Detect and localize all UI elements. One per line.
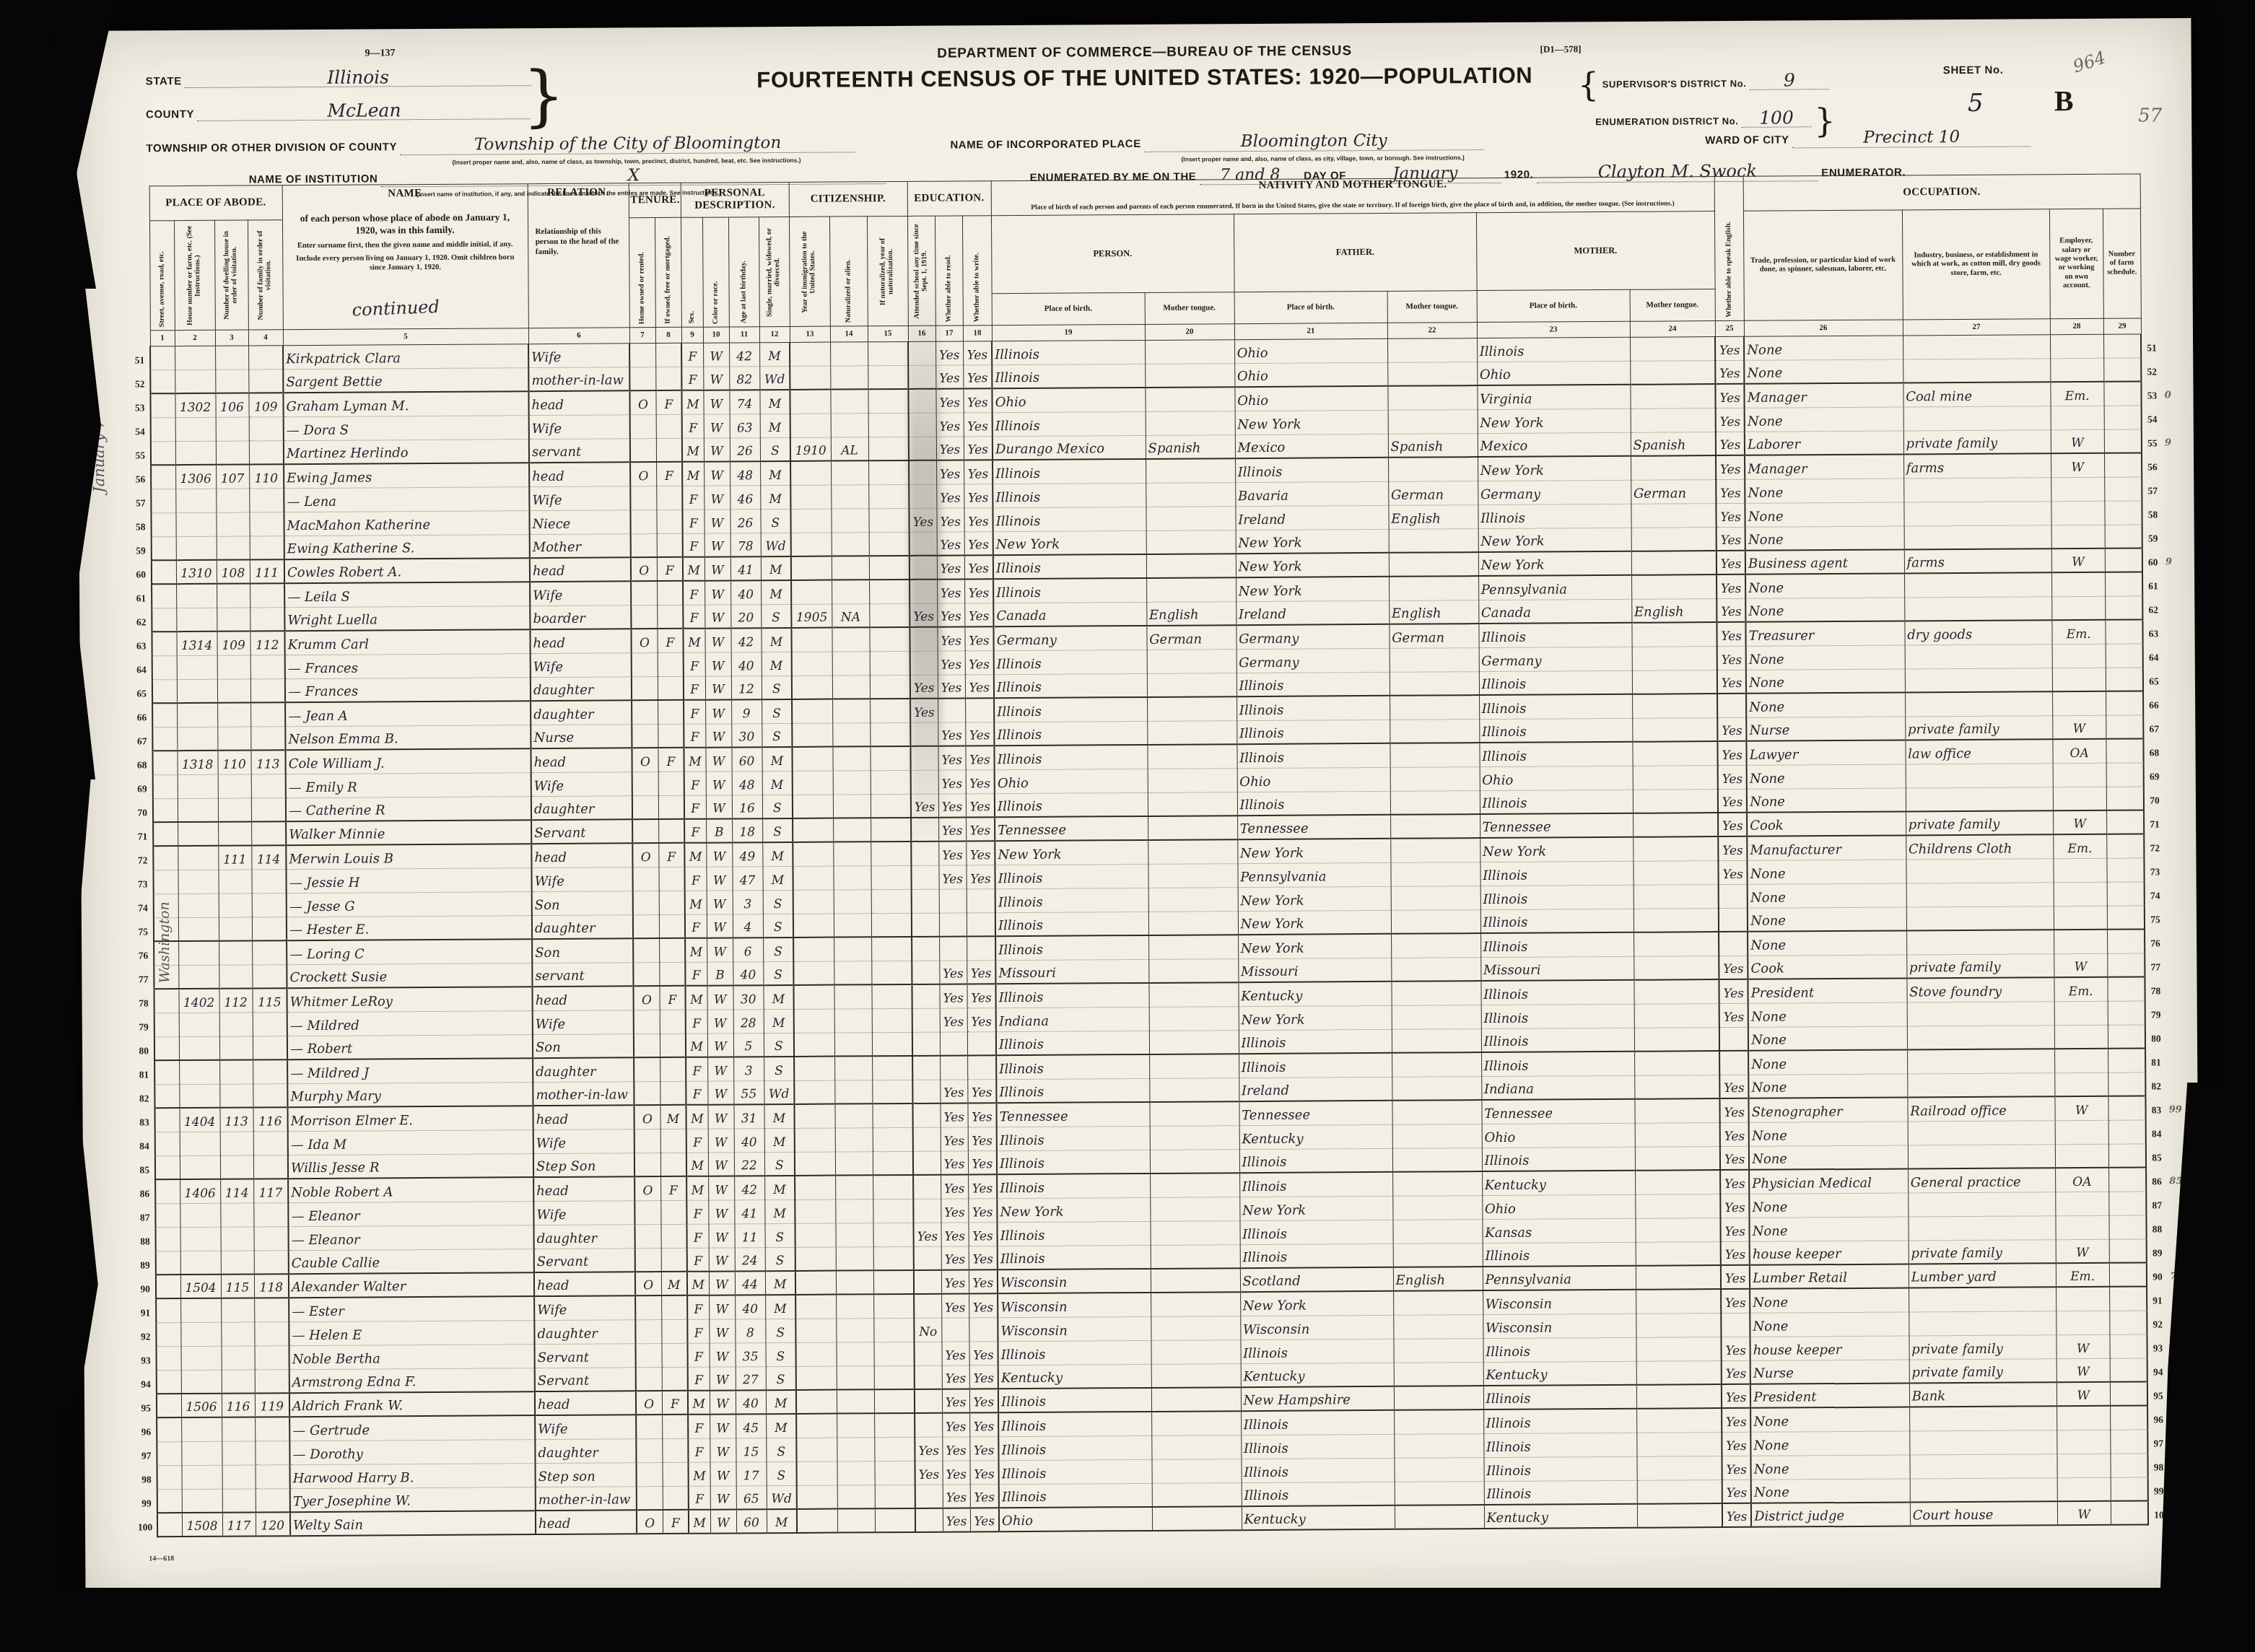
- cell-family-number: [254, 1322, 289, 1346]
- col-street: Street, avenue, road, etc.: [149, 221, 175, 331]
- line-number-right: 71: [2144, 810, 2165, 834]
- cell-mother-mother-tongue: [1630, 384, 1715, 408]
- cell-naturalized: [833, 818, 871, 842]
- cell-house-number: [177, 703, 217, 727]
- cell-house-number: 1310: [176, 560, 217, 584]
- cell-farm-schedule: [2106, 620, 2143, 644]
- cell-naturalized: [833, 795, 871, 818]
- cell-person-mother-tongue: [1151, 1340, 1241, 1365]
- cell-family-number: 117: [253, 1179, 288, 1203]
- cell-family-number: [253, 1036, 287, 1060]
- cell-relation: daughter: [531, 796, 632, 821]
- line-number-right: 65: [2143, 668, 2165, 691]
- cell-street: [153, 847, 178, 870]
- cell-sex: F: [688, 1343, 710, 1367]
- cell-relation: Nurse: [531, 725, 632, 749]
- cell-naturalized: [836, 1247, 873, 1271]
- cell-sex: F: [681, 343, 703, 367]
- cell-mother-mother-tongue: [1634, 979, 1719, 1004]
- cell-naturalization-year: [870, 651, 910, 675]
- cell-street: [157, 1417, 181, 1441]
- cell-trade: None: [1748, 883, 1906, 908]
- cell-house-number: [181, 1441, 222, 1465]
- cell-street: [156, 1227, 180, 1251]
- cell-naturalized: [834, 985, 872, 1009]
- cell-house-number: [178, 893, 219, 917]
- cell-color-race: W: [710, 1343, 736, 1367]
- cell-attended-school: [912, 1032, 940, 1056]
- cell-able-to-read: Yes: [938, 722, 965, 746]
- cell-age: 55: [733, 1081, 764, 1105]
- cell-able-to-read: Yes: [937, 580, 964, 603]
- cell-relation: servant: [529, 439, 630, 463]
- cell-person-birthplace: Illinois: [999, 1459, 1152, 1484]
- cell-industry: dry goods: [1905, 621, 2052, 645]
- cell-father-mother-tongue: German: [1388, 481, 1478, 505]
- cell-industry: [1909, 1407, 2056, 1431]
- cell-free-mortgaged: [658, 819, 684, 843]
- cell-relation: head: [529, 463, 630, 487]
- cell-mother-birthplace: Illinois: [1481, 1004, 1634, 1028]
- cell-person-mother-tongue: [1150, 1102, 1239, 1127]
- cell-family-number: 109: [248, 393, 283, 417]
- cell-home-owned: [636, 1415, 662, 1438]
- cell-speaks-english: Yes: [1720, 1122, 1749, 1146]
- cell-relation: head: [533, 1106, 634, 1130]
- cell-sex: F: [684, 652, 705, 676]
- cell-mother-birthplace: Mexico: [1478, 432, 1631, 457]
- cell-name: — Leila S: [284, 582, 530, 608]
- cell-home-owned: [632, 819, 658, 843]
- cell-mother-birthplace: Pennsylvania: [1478, 575, 1631, 600]
- line-number-left: 68: [131, 751, 152, 775]
- cell-mother-mother-tongue: [1634, 908, 1719, 932]
- cell-person-birthplace: Durango Mexico: [993, 435, 1146, 460]
- cell-relation: mother-in-law: [528, 367, 629, 392]
- cell-father-mother-tongue: [1392, 1100, 1482, 1124]
- cell-trade: Business agent: [1745, 550, 1904, 574]
- cell-farm-schedule: [2103, 334, 2141, 358]
- pencil-margin-note: [2165, 810, 2191, 834]
- cell-able-to-write: Yes: [966, 746, 995, 770]
- cell-age: 20: [730, 605, 761, 629]
- cell-able-to-write: [967, 889, 995, 913]
- cell-street: [152, 704, 177, 727]
- cell-sex: F: [688, 1415, 710, 1438]
- column-number: 2: [175, 330, 215, 346]
- cell-free-mortgaged: [660, 1200, 686, 1224]
- cell-industry: [1910, 1478, 2057, 1503]
- cell-age: 12: [731, 676, 762, 700]
- cell-person-mother-tongue: [1151, 1245, 1240, 1269]
- cell-able-to-write: Yes: [969, 1413, 998, 1437]
- pencil-margin-note: [2167, 1048, 2193, 1072]
- cell-mother-birthplace: Ohio: [1482, 1123, 1635, 1148]
- cell-father-mother-tongue: [1391, 886, 1480, 910]
- cell-person-mother-tongue: [1148, 935, 1238, 960]
- cell-employer: [2051, 477, 2104, 501]
- trade-label: Trade, profession, or particular kind of…: [1748, 256, 1898, 275]
- cell-house-number: 1504: [180, 1275, 221, 1298]
- cell-age: 40: [734, 1129, 764, 1153]
- dwelling-number-label: Number of dwelling house in order of vis…: [223, 224, 239, 326]
- cell-home-owned: [630, 414, 656, 438]
- cell-house-number: 1318: [177, 751, 217, 774]
- cell-family-number: [254, 1298, 289, 1322]
- cell-mother-birthplace: Illinois: [1481, 1028, 1634, 1052]
- cell-employer: [2056, 1430, 2110, 1454]
- cell-family-number: [252, 917, 287, 941]
- cell-age: 40: [735, 1295, 765, 1319]
- cell-attended-school: [915, 1485, 943, 1508]
- cell-relation: head: [532, 987, 633, 1011]
- cell-able-to-read: Yes: [941, 1175, 968, 1199]
- cell-house-number: 1314: [176, 631, 217, 655]
- cell-home-owned: [636, 1343, 662, 1367]
- cell-mother-birthplace: Wisconsin: [1483, 1290, 1636, 1314]
- cell-father-birthplace: Illinois: [1240, 1244, 1393, 1268]
- cell-family-number: [248, 370, 283, 393]
- cell-relation: head: [530, 558, 631, 582]
- line-number-right: 74: [2145, 882, 2166, 906]
- cell-sex: F: [686, 1010, 707, 1033]
- cell-family-number: [254, 1251, 289, 1275]
- cell-marital-status: S: [760, 509, 790, 533]
- column-number: 3: [215, 330, 248, 346]
- cell-mother-mother-tongue: [1631, 574, 1717, 599]
- cell-naturalized: [831, 485, 868, 509]
- cell-marital-status: S: [760, 437, 790, 461]
- col-attended-school: Attended school any time since Sept. 1, …: [907, 216, 935, 325]
- cell-sex: F: [686, 1200, 708, 1224]
- cell-naturalization-year: [868, 413, 909, 437]
- cell-relation: Wife: [533, 1010, 634, 1035]
- cell-person-mother-tongue: [1147, 721, 1236, 746]
- cell-relation: Wife: [531, 653, 632, 678]
- col-industry: Industry, business, or establishment in …: [1902, 209, 2050, 320]
- cell-relation: head: [534, 1272, 635, 1297]
- cell-industry: [1909, 1288, 2056, 1312]
- cell-trade: None: [1749, 1122, 1908, 1146]
- cell-father-birthplace: Scotland: [1240, 1267, 1393, 1292]
- column-number: 11: [729, 327, 759, 343]
- cell-dwelling-number: 109: [217, 631, 250, 655]
- cell-speaks-english: Yes: [1719, 860, 1748, 884]
- cell-dwelling-number: [222, 1417, 255, 1441]
- cell-age: 40: [731, 652, 762, 676]
- cell-father-mother-tongue: [1389, 552, 1478, 577]
- incorporated-place-value: Bloomington City: [1144, 131, 1483, 152]
- line-number-right: 84: [2146, 1120, 2168, 1144]
- col-speak-english: Whether able to speak English.: [1714, 176, 1744, 320]
- cell-immigration-year: [793, 938, 834, 961]
- cell-sex: F: [684, 676, 705, 700]
- cell-age: 8: [735, 1319, 765, 1343]
- cell-father-mother-tongue: German: [1390, 624, 1479, 648]
- cell-age: 45: [736, 1415, 766, 1438]
- cell-sex: F: [682, 510, 704, 533]
- cell-color-race: W: [704, 414, 730, 438]
- cell-name: — Helen E: [289, 1320, 534, 1345]
- cell-color-race: W: [710, 1486, 736, 1510]
- cell-street: [152, 656, 177, 680]
- cell-able-to-read: Yes: [938, 627, 965, 651]
- cell-father-birthplace: Germany: [1236, 624, 1390, 649]
- cell-color-race: W: [706, 867, 732, 891]
- cell-able-to-read: Yes: [943, 1461, 970, 1485]
- cell-person-mother-tongue: English: [1146, 602, 1236, 626]
- line-number-left: 89: [134, 1251, 156, 1275]
- cell-farm-schedule: [2111, 1477, 2148, 1501]
- cell-home-owned: [637, 1462, 663, 1486]
- cell-trade: Stenographer: [1749, 1098, 1908, 1122]
- cell-person-mother-tongue: [1151, 1269, 1240, 1293]
- line-number-right: 68: [2144, 739, 2165, 763]
- cell-street: [157, 1394, 181, 1417]
- cell-relation: head: [536, 1511, 637, 1535]
- cell-person-birthplace: Illinois: [993, 507, 1146, 531]
- cell-able-to-write: Yes: [964, 437, 993, 460]
- cell-home-owned: [632, 795, 658, 819]
- cell-able-to-write: Yes: [964, 532, 993, 556]
- cell-house-number: 1306: [175, 465, 216, 489]
- cell-home-owned: O: [631, 557, 657, 581]
- cell-home-owned: [632, 867, 658, 891]
- cell-industry: [1904, 573, 2051, 598]
- cell-naturalization-year: [870, 675, 910, 699]
- cell-age: 26: [730, 510, 760, 533]
- cell-free-mortgaged: F: [662, 1391, 688, 1415]
- cell-marital-status: Wd: [764, 1080, 794, 1104]
- cell-trade: District judge: [1751, 1503, 1910, 1527]
- cell-able-to-read: Yes: [936, 437, 964, 460]
- cell-street: [152, 585, 176, 608]
- cell-family-number: [249, 417, 284, 441]
- cell-relation: Son: [532, 939, 633, 963]
- cell-person-mother-tongue: [1149, 1078, 1239, 1103]
- cell-naturalized: NA: [832, 604, 869, 628]
- cell-color-race: W: [708, 1200, 734, 1224]
- cell-attended-school: [910, 580, 937, 603]
- cell-mother-birthplace: Ohio: [1480, 766, 1633, 790]
- state-value: Illinois: [185, 67, 531, 88]
- cell-family-number: [256, 1465, 290, 1489]
- line-number-right: 58: [2142, 501, 2164, 525]
- col-able-to-read: Whether able to read.: [935, 216, 963, 325]
- cell-able-to-read: Yes: [938, 746, 966, 770]
- line-number-right: 76: [2145, 930, 2166, 953]
- cell-industry: [1906, 764, 2053, 788]
- cell-free-mortgaged: [662, 1343, 688, 1367]
- cell-speaks-english: [1717, 694, 1746, 717]
- cell-employer: Em.: [2054, 977, 2108, 1001]
- cell-father-mother-tongue: [1392, 1052, 1481, 1077]
- cell-employer: [2052, 691, 2106, 715]
- cell-person-mother-tongue: [1152, 1483, 1242, 1508]
- cell-person-birthplace: Illinois: [992, 340, 1145, 364]
- cell-industry: [1906, 859, 2054, 883]
- cell-sex: M: [685, 986, 707, 1010]
- cell-free-mortgaged: [662, 1438, 688, 1462]
- cell-person-birthplace: Illinois: [996, 1078, 1149, 1103]
- cell-father-birthplace: Illinois: [1237, 743, 1390, 768]
- cell-attended-school: [909, 389, 936, 413]
- cell-farm-schedule: [2111, 1501, 2148, 1525]
- cell-age: 40: [736, 1391, 766, 1415]
- cell-naturalization-year: [868, 389, 908, 413]
- cell-able-to-write: Yes: [970, 1461, 999, 1485]
- cell-street: [151, 442, 175, 466]
- cell-able-to-write: Yes: [968, 1127, 997, 1151]
- cell-father-birthplace: Ireland: [1236, 505, 1389, 530]
- cell-mother-birthplace: Missouri: [1480, 956, 1634, 981]
- cell-house-number: [180, 1322, 221, 1346]
- cell-employer: [2055, 1120, 2108, 1144]
- cell-house-number: [180, 1155, 220, 1179]
- cell-marital-status: S: [766, 1366, 796, 1390]
- line-number-right: 57: [2142, 477, 2163, 501]
- cell-relation: boarder: [530, 606, 631, 630]
- cell-relation: mother-in-law: [533, 1082, 634, 1106]
- cell-mother-birthplace: Illinois: [1478, 504, 1631, 528]
- cell-able-to-write: Yes: [969, 1365, 998, 1389]
- cell-speaks-english: Yes: [1717, 527, 1745, 551]
- cell-sex: F: [685, 914, 707, 938]
- cell-mother-birthplace: Kentucky: [1484, 1504, 1637, 1529]
- cell-farm-schedule: [2104, 406, 2142, 429]
- cell-attended-school: [910, 651, 938, 675]
- cell-street: [152, 608, 176, 632]
- cell-mother-mother-tongue: [1633, 765, 1718, 790]
- cell-name: Nelson Emma B.: [285, 725, 531, 751]
- cell-person-mother-tongue: [1148, 864, 1238, 888]
- cell-free-mortgaged: [660, 1033, 686, 1057]
- column-number: 29: [2103, 318, 2141, 334]
- cell-color-race: W: [707, 1033, 733, 1057]
- cell-immigration-year: [797, 1461, 837, 1485]
- line-number-right: 73: [2145, 858, 2166, 882]
- cell-color-race: W: [705, 652, 731, 676]
- cell-naturalized: [837, 1509, 875, 1533]
- cell-house-number: [175, 346, 215, 370]
- cell-house-number: [178, 774, 218, 798]
- table-header: PLACE OF ABODE. NAME of each person whos…: [128, 174, 2189, 346]
- cell-attended-school: [914, 1270, 941, 1294]
- cell-family-number: [254, 1227, 289, 1251]
- cell-sex: M: [686, 1153, 708, 1176]
- cell-mother-mother-tongue: [1633, 813, 1718, 837]
- able-to-read-label: Whether able to read.: [945, 255, 953, 322]
- cell-sex: F: [684, 772, 706, 795]
- cell-name: — Jean A: [285, 702, 531, 727]
- cell-person-mother-tongue: [1149, 1007, 1239, 1031]
- cell-marital-status: S: [765, 1247, 795, 1271]
- cell-sex: F: [681, 367, 703, 390]
- cell-naturalization-year: [875, 1485, 915, 1508]
- pencil-margin-note: [2167, 1000, 2193, 1024]
- cell-home-owned: [633, 938, 659, 962]
- cell-relation: daughter: [534, 1320, 635, 1345]
- cell-dwelling-number: [218, 870, 251, 893]
- cell-industry: [1904, 525, 2051, 550]
- cell-mother-birthplace: Illinois: [1477, 337, 1630, 362]
- line-number-right: 64: [2143, 644, 2165, 668]
- pencil-margin-note: [2166, 881, 2192, 905]
- cell-name: — Mildred J: [287, 1059, 533, 1084]
- cell-relation: daughter: [531, 701, 632, 725]
- cell-father-mother-tongue: [1392, 1028, 1481, 1053]
- nativity-sub-label: Place of birth.: [1234, 291, 1387, 323]
- cell-industry: [1909, 1311, 2056, 1336]
- cell-age: 30: [733, 986, 763, 1010]
- cell-sex: F: [687, 1319, 709, 1343]
- cell-dwelling-number: 114: [220, 1179, 253, 1203]
- cell-sex: M: [686, 1176, 708, 1200]
- cell-house-number: [177, 655, 217, 679]
- cell-industry: [1906, 906, 2054, 931]
- cell-sex: F: [687, 1224, 709, 1248]
- cell-marital-status: M: [766, 1390, 796, 1414]
- cell-dwelling-number: [220, 1155, 253, 1179]
- cell-person-birthplace: Illinois: [998, 1412, 1151, 1436]
- cell-family-number: [252, 893, 287, 917]
- cell-marital-status: Wd: [761, 533, 791, 556]
- cell-speaks-english: Yes: [1721, 1241, 1750, 1265]
- cell-able-to-read: Yes: [943, 1485, 970, 1508]
- cell-employer: [2054, 906, 2107, 930]
- immigration-year-label: Year of immigration to the United States…: [801, 221, 817, 323]
- cell-trade: Laborer: [1745, 431, 1903, 455]
- cell-person-birthplace: Wisconsin: [998, 1269, 1151, 1293]
- cell-person-mother-tongue: [1146, 554, 1236, 579]
- cell-family-number: [251, 870, 286, 893]
- cell-speaks-english: Yes: [1718, 741, 1747, 765]
- cell-house-number: [179, 1036, 219, 1060]
- cell-employer: W: [2051, 429, 2104, 453]
- cell-naturalized: [830, 342, 868, 366]
- cell-dwelling-number: 108: [217, 560, 250, 584]
- cell-color-race: W: [704, 438, 730, 462]
- cell-industry: private family: [1905, 716, 2052, 740]
- pencil-margin-note: [2166, 929, 2192, 953]
- cell-attended-school: [909, 413, 936, 437]
- cell-mother-birthplace: Illinois: [1479, 670, 1632, 695]
- cell-free-mortgaged: [655, 367, 681, 390]
- cell-free-mortgaged: [659, 962, 685, 986]
- cell-family-number: [250, 679, 285, 703]
- film-edge-bottom: [0, 1588, 2255, 1652]
- cell-father-birthplace: Illinois: [1236, 696, 1390, 720]
- cell-employer: [2054, 930, 2107, 953]
- cell-employer: [2054, 1049, 2108, 1072]
- cell-attended-school: [908, 341, 935, 365]
- cell-age: 26: [730, 438, 760, 462]
- cell-house-number: [175, 370, 215, 393]
- cell-home-owned: [634, 1081, 660, 1105]
- cell-street: [150, 394, 175, 418]
- cell-immigration-year: [795, 1223, 836, 1247]
- cell-mother-mother-tongue: [1636, 1265, 1721, 1290]
- pencil-margin-note: [2165, 834, 2191, 857]
- cell-industry: Lumber yard: [1909, 1264, 2056, 1288]
- cell-father-birthplace: Illinois: [1242, 1458, 1395, 1482]
- cell-home-owned: [633, 891, 659, 914]
- cell-father-birthplace: Illinois: [1239, 1172, 1392, 1197]
- cell-street: [157, 1346, 181, 1370]
- cell-mother-birthplace: Pennsylvania: [1483, 1266, 1636, 1290]
- cell-industry: farms: [1903, 454, 2051, 478]
- cell-employer: [2056, 1287, 2109, 1311]
